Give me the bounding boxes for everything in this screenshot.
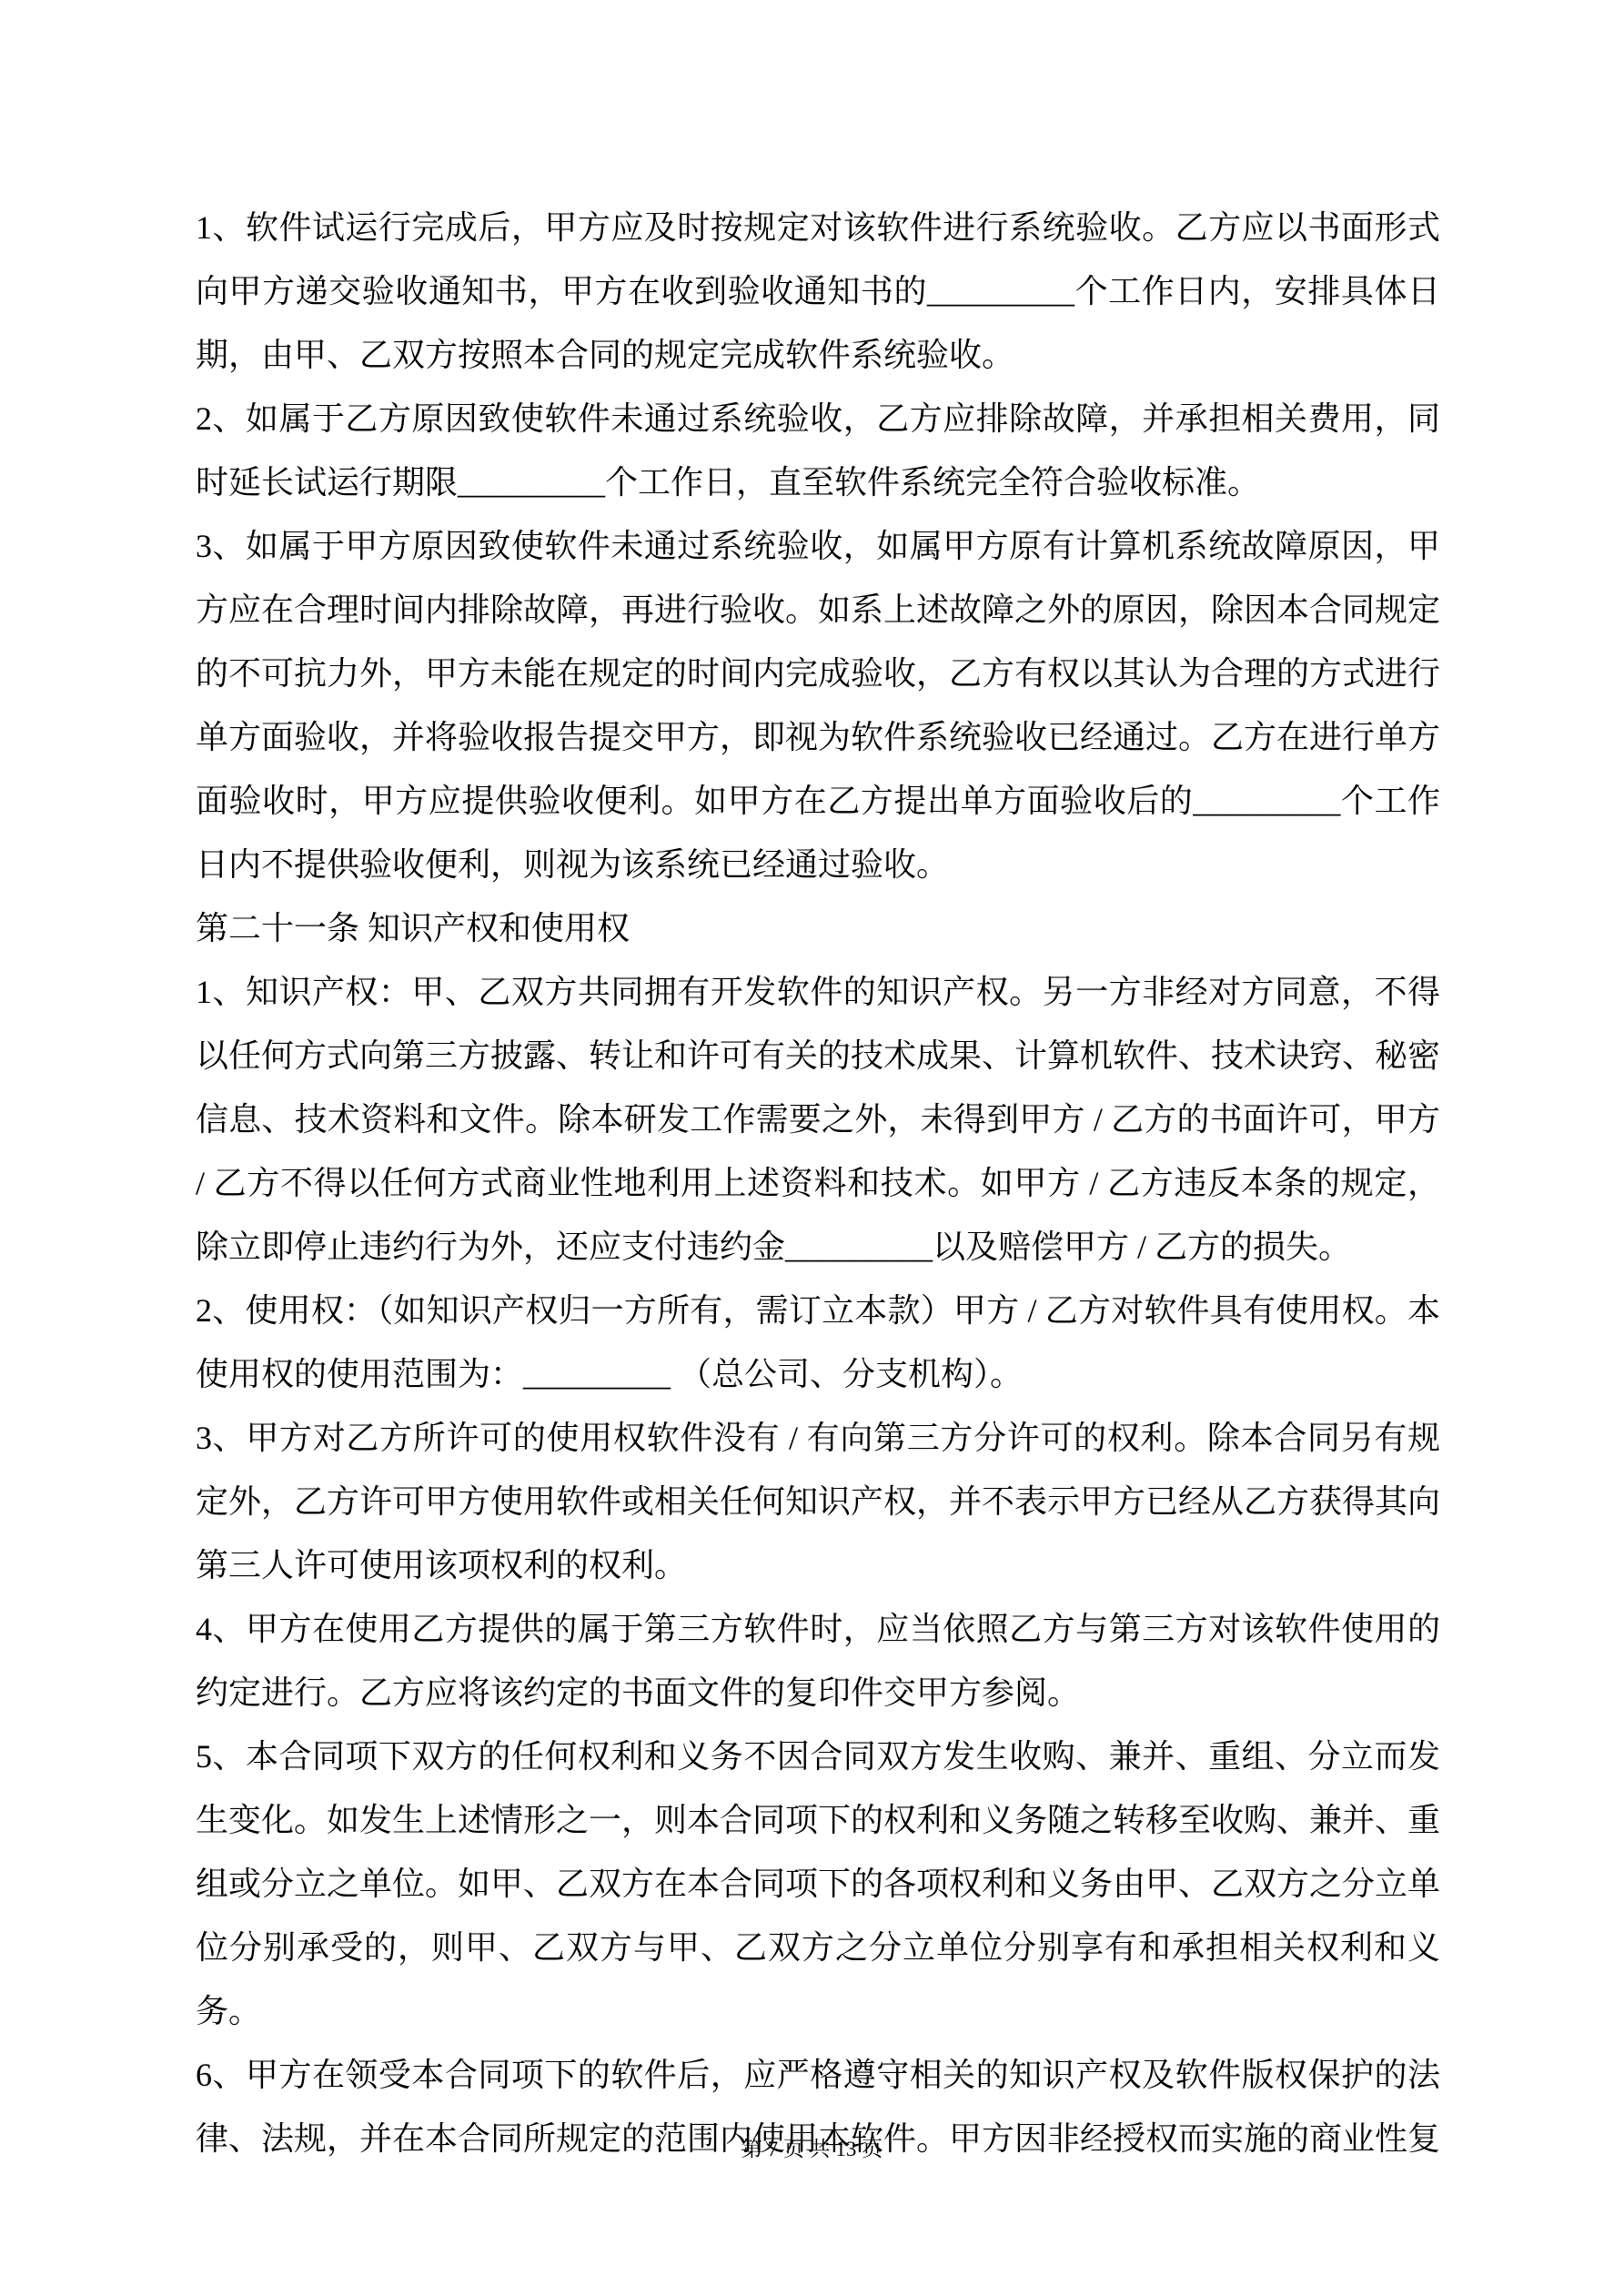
contract-body: 1、软件试运行完成后，甲方应及时按规定对该软件进行系统验收。乙方应以书面形式向甲… (196, 196, 1440, 2170)
page-footer: 第 7 页 共 13 页 (0, 2129, 1624, 2170)
clause-partya-fault-acceptance: 3、如属于甲方原因致使软件未通过系统验收，如属甲方原有计算机系统故障原因，甲方应… (196, 514, 1440, 896)
clause-acceptance-procedure: 1、软件试运行完成后，甲方应及时按规定对该软件进行系统验收。乙方应以书面形式向甲… (196, 196, 1440, 387)
clause-third-party-software: 4、甲方在使用乙方提供的属于第三方软件时，应当依照乙方与第三方对该软件使用的约定… (196, 1597, 1440, 1725)
clause-intellectual-property: 1、知识产权：甲、乙双方共同拥有开发软件的知识产权。另一方非经对方同意，不得以任… (196, 960, 1440, 1279)
clause-merger-reorganization: 5、本合同项下双方的任何权利和义务不因合同双方发生收购、兼并、重组、分立而发生变… (196, 1725, 1440, 2043)
clause-partyb-fault-acceptance: 2、如属于乙方原因致使软件未通过系统验收，乙方应排除故障，并承担相关费用，同时延… (196, 387, 1440, 514)
clause-sublicense-right: 3、甲方对乙方所许可的使用权软件没有 / 有向第三方分许可的权利。除本合同另有规… (196, 1406, 1440, 1597)
clause-usage-right-scope: 2、使用权：（如知识产权归一方所有，需订立本款）甲方 / 乙方对软件具有使用权。… (196, 1279, 1440, 1406)
page-number-label: 第 7 页 共 13 页 (741, 2138, 883, 2160)
section-heading-article-21: 第二十一条 知识产权和使用权 (196, 896, 1440, 960)
